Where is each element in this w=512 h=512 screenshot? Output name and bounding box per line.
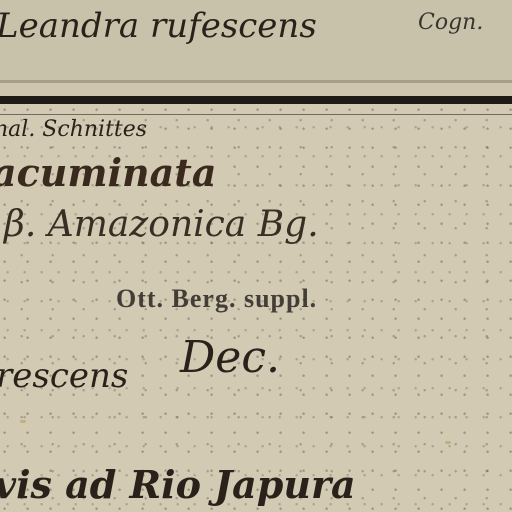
label-line-5: Dec. [180,332,280,383]
species-title: Leandra rufescens [0,6,317,46]
label-line-4: rescens [0,356,128,396]
label-line-1: nal. Schnittes [0,117,147,142]
sheet-edge [0,80,512,83]
label-inner-rule [0,114,512,115]
label-line-3: β. Amazonica Bg. [4,204,319,245]
label-line-6: vis ad Rio Japura [0,462,356,507]
collector-stamp: Ott. Berg. suppl. [116,284,317,314]
label-border-rule [0,96,512,104]
paper-stain [20,420,26,423]
label-line-2: acuminata [0,150,216,195]
paper-stain [445,441,451,444]
determination-annotation: Cogn. [418,10,483,35]
upper-sheet: Leandra rufescens Cogn. [0,0,512,82]
